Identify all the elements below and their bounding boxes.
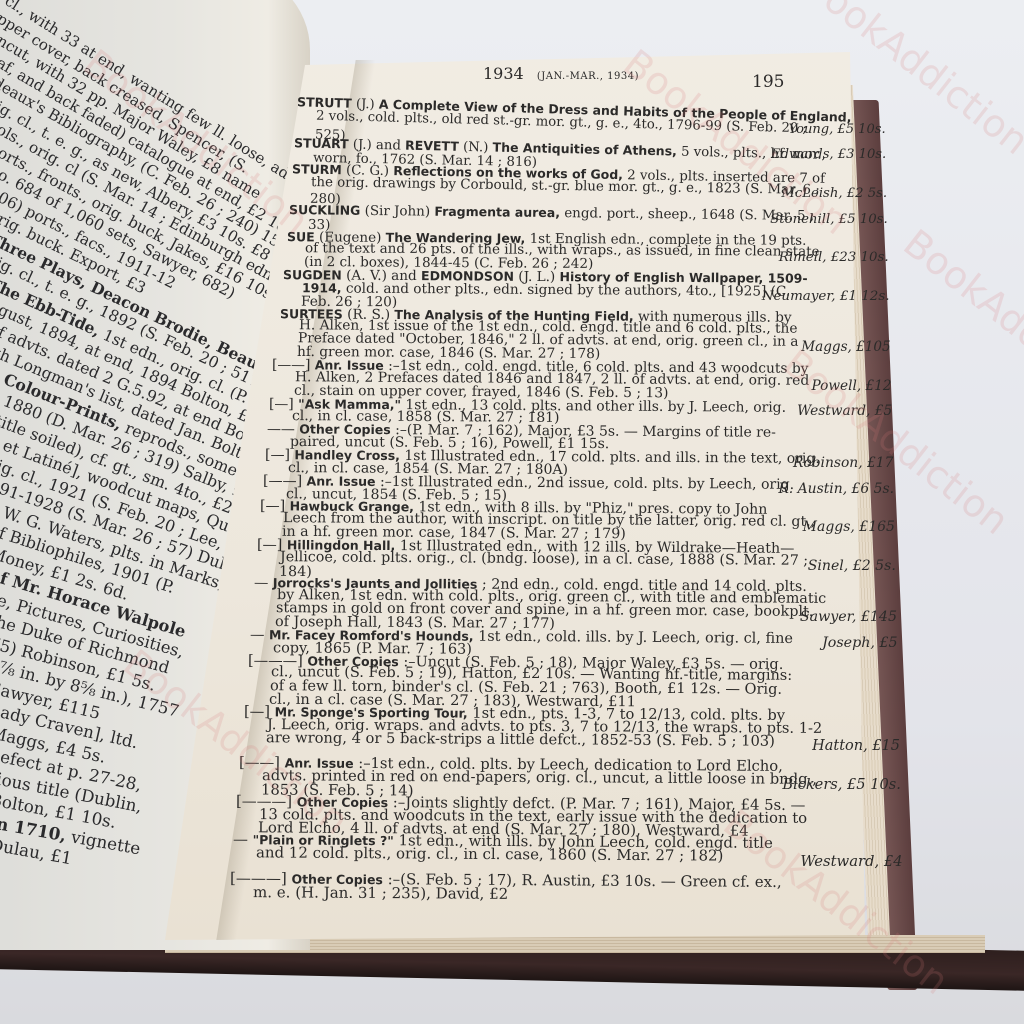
buyer-price: Bickers, £5 10s.	[782, 777, 901, 793]
buyer-price: Neumayer, £1 12s.	[762, 289, 890, 305]
catalogue-line: m. e. (H. Jan. 31 ; 235), David, £2	[253, 885, 508, 902]
buyer-price: Rimell, £23 10s.	[779, 250, 889, 266]
entry-bracket: —	[250, 627, 269, 643]
running-head-range: (JAN.-MAR., 1934)	[537, 71, 639, 82]
buyer-price: Robinson, £17	[793, 456, 893, 472]
entry-text: 1st edn., cold. ills. by J. Leech, orig.…	[473, 629, 793, 647]
buyer-price: Stonehill, £5 10s.	[770, 212, 888, 228]
catalogue-line: Jellicoe, cold. plts. orig., cl. (bndg. …	[280, 550, 808, 569]
catalogue-line: and 12 cold. plts., orig. cl., in cl. ca…	[256, 846, 723, 865]
buyer-price: Edwards, £3 10s.	[771, 147, 886, 163]
buyer-price: Powell, £12	[811, 379, 891, 395]
entry-text: (N.)	[459, 139, 493, 155]
entry-text: (Sir John)	[360, 204, 434, 220]
buyer-price: R. Austin, £6 5s.	[778, 482, 894, 498]
buyer-price: Joseph, £5	[822, 636, 898, 652]
buyer-price: Maggs, £165	[803, 520, 895, 536]
entry-bracket: —	[233, 831, 253, 849]
buyer-price: Sawyer, £145	[800, 610, 897, 626]
entry-title: REVETT	[405, 137, 459, 153]
page-number: 195	[752, 72, 784, 92]
buyer-price: Hatton, £15	[812, 739, 900, 755]
buyer-price: Westward, £5	[797, 404, 892, 420]
photo-scene: g. cl., with 33 at end, wanting few ll. …	[0, 0, 1024, 1024]
entry-title: Fragmenta aurea,	[434, 203, 560, 219]
buyer-price: Westward, £4	[800, 854, 902, 870]
entry-heading: STUART	[294, 135, 349, 151]
catalogue-line: are wrong, 4 or 5 back-strips a little d…	[266, 730, 775, 749]
entry-text: are wrong, 4 or 5 back-strips a little d…	[266, 729, 775, 750]
entry-heading: SUCKLING	[289, 202, 361, 218]
buyer-price: Sinel, £2 5s.	[808, 559, 896, 575]
running-head: 1934 (JAN.-MAR., 1934)	[483, 64, 639, 83]
entry-bracket: —	[254, 576, 273, 592]
entry-text: and 12 cold. plts., orig. cl., in cl. ca…	[256, 844, 723, 865]
buyer-price: Maggs, £105	[801, 340, 890, 356]
running-head-year: 1934	[483, 64, 524, 83]
entry-text: cold. and other plts., edn. signed by th…	[342, 280, 791, 299]
buyer-price: Young, £5 10s.	[789, 122, 886, 138]
entry-text: Jellicoe, cold. plts. orig., cl. (bndg. …	[280, 549, 808, 569]
entry-text: m. e. (H. Jan. 31 ; 235), David, £2	[253, 883, 508, 903]
buyer-price: McLeish, £2 5s.	[781, 186, 887, 202]
